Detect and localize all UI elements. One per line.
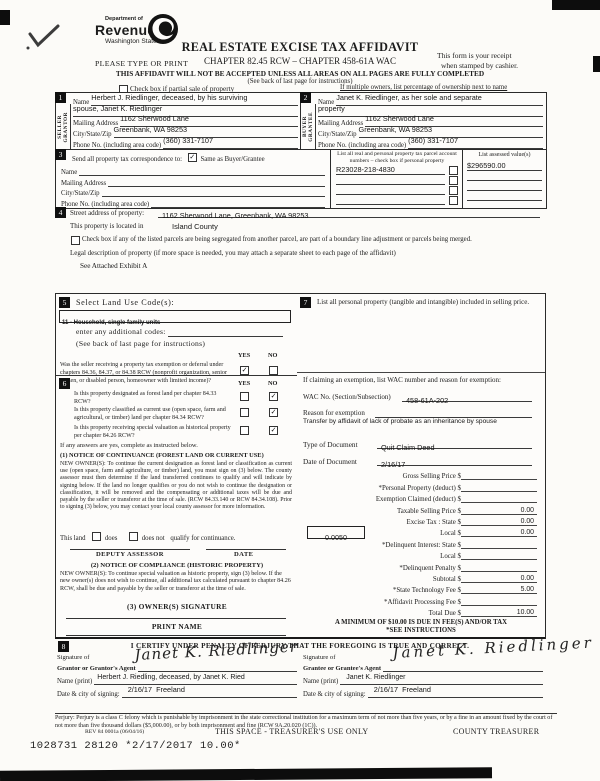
taxable-label: Taxable Selling Price $ bbox=[301, 508, 461, 515]
money-row-tech-fee: *State Technology Fee $5.00 bbox=[301, 583, 537, 594]
seller-mailing-label: Mailing Address bbox=[73, 120, 118, 127]
seller-side-label-2: GRANTOR bbox=[63, 112, 69, 142]
section-6-number: 6 bbox=[59, 378, 70, 389]
corr-mailing-field[interactable] bbox=[108, 186, 325, 187]
money-row-gross: Gross Selling Price $ bbox=[301, 469, 537, 480]
gross-field[interactable] bbox=[461, 479, 537, 480]
buyer-mailing-label: Mailing Address bbox=[318, 120, 363, 127]
sec6-q2-no-checkbox[interactable]: ✓ bbox=[269, 408, 278, 417]
form-revision-number: REV 84 0001a (06/04/16) bbox=[85, 729, 144, 735]
money-row-excise-state: Excise Tax : State $0.00 bbox=[301, 515, 537, 526]
form-title: REAL ESTATE EXCISE TAX AFFIDAVIT bbox=[150, 40, 450, 55]
print-name-line[interactable] bbox=[66, 635, 286, 636]
grantor-date-value: 2/16/17 Freeland bbox=[128, 685, 185, 694]
land-use-code-select[interactable]: 11 - Household, single family units bbox=[59, 310, 291, 323]
sec5-sec6-divider bbox=[56, 375, 298, 376]
pen-checkmark bbox=[22, 18, 66, 52]
legal-description-label: Legal description of property (if more s… bbox=[70, 249, 550, 257]
sec6-q3-no-checkbox[interactable]: ✓ bbox=[269, 426, 278, 435]
local-tax-field[interactable]: 0.00 bbox=[461, 529, 537, 537]
personal-property-label: List all personal property (tangible and… bbox=[317, 298, 532, 307]
parcel-personal-checkbox-1[interactable] bbox=[449, 166, 458, 175]
corr-name-label: Name bbox=[61, 169, 77, 176]
corr-mailing-label: Mailing Address bbox=[61, 180, 106, 187]
segregated-label: Check box if any of the listed parcels a… bbox=[82, 236, 552, 243]
seller-city-label: City/State/Zip bbox=[73, 131, 112, 138]
grantor-date-label: Date & city of signing: bbox=[57, 691, 120, 698]
see-instructions-note: *SEE INSTRUCTIONS bbox=[297, 627, 545, 634]
land-use-title: Select Land Use Code(s): bbox=[76, 298, 174, 307]
doc-date-field[interactable]: 2/16/17 bbox=[377, 454, 532, 466]
money-row-exemption: Exemption Claimed (deduct) $ bbox=[301, 492, 537, 503]
sec6-question-2: Is this property classified as current u… bbox=[74, 407, 234, 422]
personal-deduct-field[interactable] bbox=[461, 491, 537, 492]
section-1-number: 1 bbox=[55, 92, 66, 103]
correspondence-section: 3 Send all property tax correspondence t… bbox=[55, 149, 332, 209]
street-address-field[interactable]: 1162 Sherwood Lane, Greenbank, WA 98253 bbox=[158, 205, 540, 218]
sec5-no-checkbox[interactable] bbox=[269, 366, 278, 375]
assessed-field-1[interactable]: $296590.00 bbox=[467, 161, 542, 171]
treasurer-space-label: THIS SPACE - TREASURER'S USE ONLY bbox=[215, 727, 368, 736]
excise-state-label: Excise Tax : State $ bbox=[301, 519, 461, 526]
delinq-penalty-label: *Delinquent Penalty $ bbox=[301, 565, 461, 572]
legal-description-value: See Attached Exhibit A bbox=[80, 262, 147, 270]
send-correspondence-row: Send all property tax correspondence to:… bbox=[72, 153, 265, 163]
if-yes-note: If any answers are yes, complete as inst… bbox=[60, 442, 198, 449]
money-row-penalty: *Delinquent Penalty $ bbox=[301, 560, 537, 571]
assessed-values-box: List assessed value(s) $296590.00 bbox=[462, 149, 547, 209]
corr-name-field[interactable] bbox=[79, 175, 325, 176]
sec6-yes-header: YES bbox=[238, 380, 250, 387]
sec6-question-1: Is this property designated as forest la… bbox=[74, 391, 234, 406]
money-row-subtotal: Subtotal $0.00 bbox=[301, 572, 537, 583]
does-not-label: does not bbox=[142, 535, 165, 542]
reason-label: Reason for exemption bbox=[303, 409, 365, 417]
assessed-values-header: List assessed value(s) bbox=[463, 150, 546, 161]
deputy-assessor-label: DEPUTY ASSESSOR bbox=[96, 551, 164, 558]
cashier-receipt-stamp: 1028731 28120 *2/17/2017 10.00* bbox=[30, 740, 241, 752]
tech-fee-label: *State Technology Fee $ bbox=[301, 587, 461, 594]
notice-compliance-title: (2) NOTICE OF COMPLIANCE (HISTORIC PROPE… bbox=[56, 562, 298, 569]
sec6-q1-yes-checkbox[interactable] bbox=[240, 392, 249, 401]
same-as-buyer-checkbox[interactable]: ✓ bbox=[188, 153, 197, 162]
doc-date-value: 2/16/17 bbox=[381, 460, 405, 469]
seller-phone-field[interactable]: (360) 331-7107 bbox=[163, 130, 298, 149]
affidavit-page: Department of Revenue Washington State R… bbox=[0, 0, 600, 781]
reason-value: Transfer by affidavit of lack of probate… bbox=[303, 418, 497, 425]
grantee-signature-block: Signature of Grantee or Grantee's Agent … bbox=[303, 654, 543, 698]
money-row-delinq-local: Local $ bbox=[301, 549, 537, 560]
corr-phone-label: Phone No. (including area code) bbox=[61, 201, 149, 208]
grantor-name-label: Name (print) bbox=[57, 678, 92, 685]
section-7-number: 7 bbox=[300, 297, 311, 308]
street-address-value: 1162 Sherwood Lane, Greenbank, WA 98253 bbox=[162, 211, 308, 220]
additional-codes-label: enter any additional codes: bbox=[76, 327, 166, 336]
deputy-assessor-line[interactable] bbox=[70, 549, 190, 550]
sec5-no-header: NO bbox=[268, 352, 277, 359]
grantee-date-label: Date & city of signing: bbox=[303, 691, 366, 698]
money-row-total: Total Due $10.00 bbox=[301, 606, 537, 617]
parcel-numbers-box: List all real and personal property tax … bbox=[330, 149, 464, 209]
notice-continuance-title: (1) NOTICE OF CONTINUANCE (FOREST LAND O… bbox=[60, 452, 294, 459]
delinq-penalty-field[interactable] bbox=[461, 571, 537, 572]
doc-date-label: Date of Document bbox=[303, 457, 357, 466]
seller-section: 1 SELLER GRANTOR NameHerbert J. Riedling… bbox=[55, 92, 302, 151]
minimum-due-note: A MINIMUM OF $10.00 IS DUE IN FEE(S) AND… bbox=[297, 619, 545, 626]
money-row-processing-fee: *Affidavit Processing Fee $ bbox=[301, 594, 537, 605]
money-row-taxable: Taxable Selling Price $0.00 bbox=[301, 503, 537, 514]
taxable-field[interactable]: 0.00 bbox=[461, 507, 537, 515]
does-label: does bbox=[105, 535, 117, 542]
owners-signature-label: (3) OWNER(S) SIGNATURE bbox=[56, 602, 298, 611]
seller-phone-label: Phone No. (including area code) bbox=[73, 142, 161, 149]
wac-field[interactable]: 458-61A-202 bbox=[402, 390, 532, 402]
subtotal-field[interactable]: 0.00 bbox=[461, 575, 537, 583]
scan-artifact-top-right bbox=[552, 0, 600, 10]
send-correspondence-label: Send all property tax correspondence to: bbox=[72, 156, 182, 163]
money-rows: Gross Selling Price $ *Personal Property… bbox=[301, 469, 537, 617]
county-treasurer-label: COUNTY TREASURER bbox=[453, 727, 539, 736]
deputy-date-line[interactable] bbox=[206, 549, 286, 550]
local-rate-box[interactable]: 0.0050 bbox=[307, 526, 365, 539]
land-use-section: 5 Select Land Use Code(s): 11 - Househol… bbox=[55, 293, 299, 639]
grantee-name-label: Name (print) bbox=[303, 678, 338, 685]
total-due-label: Total Due $ bbox=[301, 610, 461, 617]
notice-compliance-body: NEW OWNER(S): To continue special valuat… bbox=[60, 571, 292, 593]
parcel-field-2[interactable] bbox=[336, 184, 445, 185]
delinq-interest-local-label: Local $ bbox=[301, 553, 461, 560]
delinq-interest-state-field[interactable] bbox=[461, 548, 537, 549]
parcel-numbers-header: List all real and personal property tax … bbox=[331, 150, 463, 165]
exemption-intro: If claiming an exemption, list WAC numbe… bbox=[303, 376, 539, 384]
located-in-value: Island County bbox=[172, 222, 218, 231]
sec6-question-3: Is this property receiving special valua… bbox=[74, 425, 234, 440]
chapter-line: CHAPTER 82.45 RCW – CHAPTER 458-61A WAC bbox=[170, 56, 430, 66]
parcel-personal-checkbox-2[interactable] bbox=[449, 176, 458, 185]
reason-field[interactable] bbox=[375, 407, 532, 418]
wac-label: WAC No. (Section/Subsection) bbox=[303, 393, 391, 401]
delinq-interest-state-label: *Delinquent Interest: State $ bbox=[301, 542, 461, 549]
subtotal-label: Subtotal $ bbox=[301, 576, 461, 583]
doc-type-label: Type of Document bbox=[303, 440, 358, 449]
sec5-yes-header: YES bbox=[238, 352, 250, 359]
parcel-rows: R23028-218-4830 bbox=[331, 165, 463, 205]
buyer-fields: NameJanet K. Riedlinger, as her sole and… bbox=[318, 95, 543, 149]
parcel-field-1[interactable]: R23028-218-4830 bbox=[336, 165, 445, 175]
corr-city-label: City/State/Zip bbox=[61, 190, 100, 197]
sec6-q2-yes-checkbox[interactable] bbox=[240, 408, 249, 417]
same-as-buyer-label: Same as Buyer/Grantee bbox=[200, 156, 264, 163]
assessed-field-4[interactable] bbox=[467, 200, 542, 201]
grantor-signature-block: Signature of Grantor or Grantor's Agent … bbox=[57, 654, 297, 698]
tax-computation-section: 7 List all personal property (tangible a… bbox=[297, 293, 546, 639]
grantee-date-value: 2/16/17 Freeland bbox=[374, 685, 431, 694]
does-checkbox[interactable] bbox=[92, 532, 101, 541]
scan-artifact-right bbox=[593, 56, 600, 72]
buyer-side-label: BUYER GRANTEE bbox=[301, 104, 316, 150]
owners-signature-line[interactable] bbox=[66, 618, 286, 619]
street-address-label: Street address of property: bbox=[70, 209, 144, 217]
signature-section: 8 I CERTIFY UNDER PENALTY OF PERJURY THA… bbox=[55, 637, 545, 715]
seller-phone-value: (360) 331-7107 bbox=[163, 136, 213, 145]
personal-deduct-label: *Personal Property (deduct) $ bbox=[301, 485, 461, 492]
buyer-phone-label: Phone No. (including area code) bbox=[318, 142, 406, 149]
this-land-label: This land bbox=[60, 535, 86, 542]
grantee-date-field[interactable]: 2/16/17 Freeland bbox=[368, 679, 543, 698]
doc-type-value: Quit Claim Deed bbox=[381, 443, 435, 452]
seller-side-label: SELLER GRANTOR bbox=[56, 104, 71, 150]
scan-artifact-bottom-bar bbox=[0, 767, 492, 781]
parcel-personal-checkbox-3[interactable] bbox=[449, 186, 458, 195]
total-due-field[interactable]: 10.00 bbox=[461, 609, 537, 617]
scan-artifact-left bbox=[0, 10, 10, 25]
money-row-personal: *Personal Property (deduct) $ bbox=[301, 480, 537, 491]
buyer-phone-value: (360) 331-7107 bbox=[408, 136, 458, 145]
buyer-section: 2 BUYER GRANTEE NameJanet K. Riedlinger,… bbox=[300, 92, 547, 151]
sec6-q3-yes-checkbox[interactable] bbox=[240, 426, 249, 435]
additional-codes-field[interactable] bbox=[168, 328, 283, 337]
sec5-question: Was the seller receiving a property tax … bbox=[60, 362, 232, 385]
gross-label: Gross Selling Price $ bbox=[301, 473, 461, 480]
segregated-checkbox[interactable] bbox=[71, 236, 80, 245]
buyer-phone-field[interactable]: (360) 331-7107 bbox=[408, 130, 543, 149]
assessed-field-2[interactable] bbox=[467, 180, 542, 181]
land-use-code-value: 11 - Household, single family units bbox=[62, 320, 160, 326]
buyer-side-label-2: GRANTEE bbox=[308, 112, 314, 142]
grantor-date-field[interactable]: 2/16/17 Freeland bbox=[122, 679, 297, 698]
assessed-rows: $296590.00 bbox=[463, 161, 546, 201]
section-5-number: 5 bbox=[59, 297, 70, 308]
section-4-number: 4 bbox=[55, 207, 66, 218]
print-name-label: PRINT NAME bbox=[56, 622, 298, 631]
excise-state-field[interactable]: 0.00 bbox=[461, 518, 537, 526]
buyer-name-value-2: property bbox=[318, 104, 345, 113]
qualify-label: qualify for continuance. bbox=[170, 535, 235, 542]
located-in-label: This property is located in bbox=[70, 222, 143, 230]
exemption-deduct-label: Exemption Claimed (deduct) $ bbox=[301, 496, 461, 503]
parcel-personal-checkbox-4[interactable] bbox=[449, 196, 458, 205]
does-not-checkbox[interactable] bbox=[129, 532, 138, 541]
parcel-field-3[interactable] bbox=[336, 194, 445, 195]
exemption-deduct-field[interactable] bbox=[461, 502, 537, 503]
deputy-date-label: DATE bbox=[234, 551, 253, 558]
section-2-number: 2 bbox=[300, 92, 311, 103]
section-3-number: 3 bbox=[55, 149, 66, 160]
qualify-row: This land does does not qualify for cont… bbox=[60, 532, 235, 542]
tech-fee-field[interactable]: 5.00 bbox=[461, 586, 537, 594]
sec6-no-header: NO bbox=[268, 380, 277, 387]
processing-fee-field[interactable] bbox=[461, 605, 537, 606]
sec5-yes-checkbox[interactable]: ✓ bbox=[240, 366, 249, 375]
local-rate-value: 0.0050 bbox=[325, 533, 347, 542]
not-accepted-warning: THIS AFFIDAVIT WILL NOT BE ACCEPTED UNLE… bbox=[80, 69, 520, 78]
receipt-note-1: This form is your receipt bbox=[437, 51, 512, 60]
delinq-interest-local-field[interactable] bbox=[461, 559, 537, 560]
notice-continuance-body: NEW OWNER(S): To continue the current de… bbox=[60, 461, 292, 511]
correspondence-fields: Name Mailing Address City/State/Zip Phon… bbox=[61, 165, 325, 208]
processing-fee-label: *Affidavit Processing Fee $ bbox=[301, 599, 461, 606]
buyer-city-label: City/State/Zip bbox=[318, 131, 357, 138]
sec7-divider bbox=[297, 372, 545, 373]
assessed-field-3[interactable] bbox=[467, 190, 542, 191]
corr-city-field[interactable] bbox=[102, 196, 325, 197]
wac-value: 458-61A-202 bbox=[406, 396, 448, 405]
sec6-q1-no-checkbox[interactable]: ✓ bbox=[269, 392, 278, 401]
see-back-instructions: (See back of last page for instructions) bbox=[76, 339, 205, 348]
doc-type-field[interactable]: Quit Claim Deed bbox=[377, 437, 532, 449]
seller-fields: NameHerbert J. Riedlinger, deceased, by … bbox=[73, 95, 298, 149]
